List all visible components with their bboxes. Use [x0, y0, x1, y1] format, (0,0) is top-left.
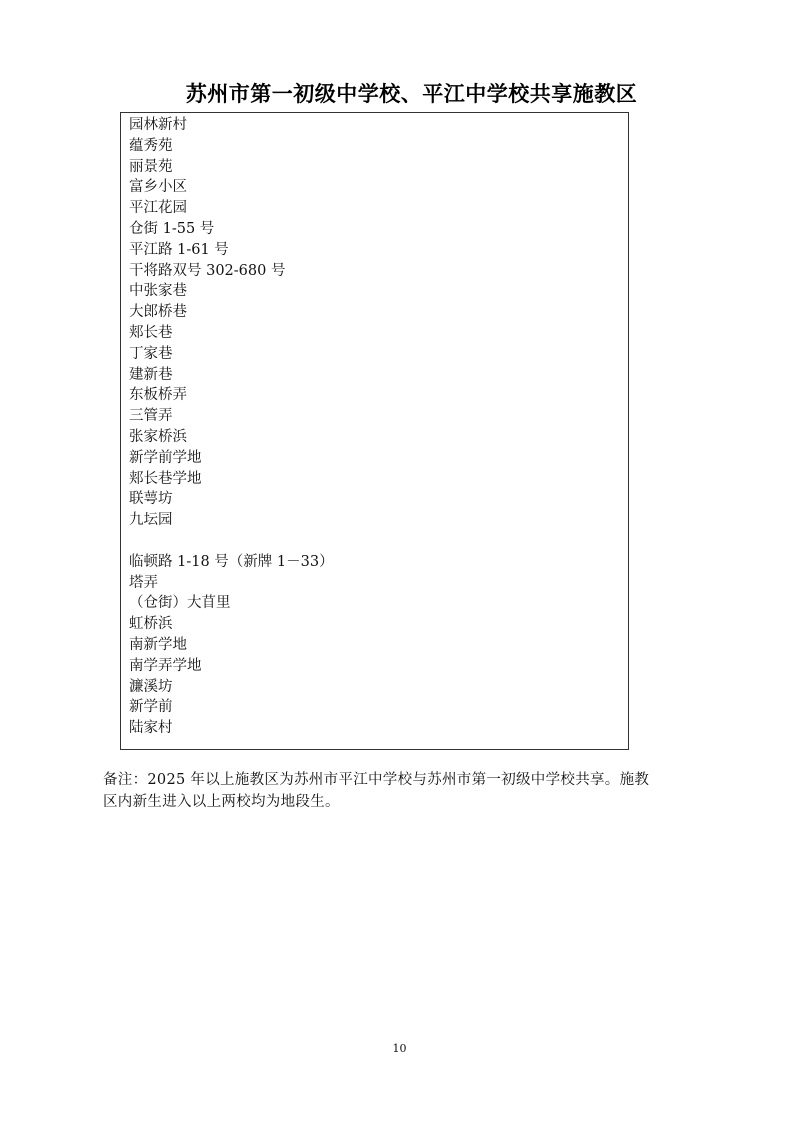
school-zone-list: 园林新村 蕴秀苑 丽景苑 富乡小区 平江花园 仓街 1-55 号 平江路 1-6…: [121, 113, 628, 739]
note-line: 备注：2025 年以上施教区为苏州市平江中学校与苏州市第一初级中学校共享。施教: [103, 769, 703, 791]
zone-item: 塔弄: [129, 573, 628, 594]
page-number: 10: [0, 1042, 793, 1056]
zone-item: 干将路双号 302-680 号: [129, 261, 628, 282]
zone-item: 富乡小区: [129, 177, 628, 198]
school-zone-box: 园林新村 蕴秀苑 丽景苑 富乡小区 平江花园 仓街 1-55 号 平江路 1-6…: [120, 112, 629, 750]
zone-item: 新学前学地: [129, 448, 628, 469]
zone-item: 中张家巷: [129, 281, 628, 302]
group-spacer: [129, 531, 628, 552]
zone-item: 平江花园: [129, 198, 628, 219]
zone-item: 虹桥浜: [129, 614, 628, 635]
zone-item: 濂溪坊: [129, 677, 628, 698]
zone-item: 蕴秀苑: [129, 136, 628, 157]
note-paragraph: 备注：2025 年以上施教区为苏州市平江中学校与苏州市第一初级中学校共享。施教 …: [103, 769, 703, 813]
zone-item: 建新巷: [129, 365, 628, 386]
page-title: 苏州市第一初级中学校、平江中学校共享施教区: [0, 80, 793, 108]
zone-item: 东板桥弄: [129, 385, 628, 406]
zone-item: 新学前: [129, 697, 628, 718]
zone-item: 陆家村: [129, 718, 628, 739]
zone-item: 九坛园: [129, 510, 628, 531]
zone-item: 大郎桥巷: [129, 302, 628, 323]
zone-item: 园林新村: [129, 115, 628, 136]
zone-item: 平江路 1-61 号: [129, 240, 628, 261]
zone-item: 丁家巷: [129, 344, 628, 365]
zone-item: 丽景苑: [129, 157, 628, 178]
zone-item: 郏长巷: [129, 323, 628, 344]
zone-item: （仓街）大苜里: [129, 593, 628, 614]
note-line: 区内新生进入以上两校均为地段生。: [103, 791, 703, 813]
zone-item: 张家桥浜: [129, 427, 628, 448]
zone-item: 南学弄学地: [129, 656, 628, 677]
zone-item: 联萼坊: [129, 489, 628, 510]
zone-item: 三管弄: [129, 406, 628, 427]
zone-item: 郏长巷学地: [129, 469, 628, 490]
zone-item: 仓街 1-55 号: [129, 219, 628, 240]
zone-item: 南新学地: [129, 635, 628, 656]
zone-item: 临顿路 1-18 号（新牌 1－33）: [129, 552, 628, 573]
